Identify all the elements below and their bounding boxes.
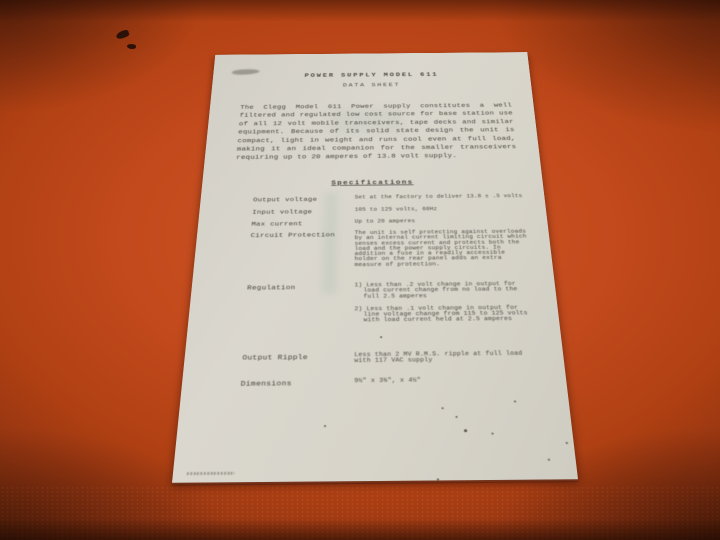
table-scuff-mark xyxy=(115,29,130,40)
spec-label: Input voltage xyxy=(252,208,355,216)
paper-speck xyxy=(464,429,467,431)
spec-value: 9½" x 3¾", x 4½" xyxy=(354,377,546,387)
footer-microprint xyxy=(187,472,235,475)
spec-label: Output Ripple xyxy=(242,353,354,366)
spec-row-output-voltage: Output voltage Set at the factory to del… xyxy=(253,194,526,203)
table-scuff-mark xyxy=(127,43,137,50)
spec-row-input-voltage: Input voltage 105 to 125 volts, 60Hz xyxy=(252,207,528,216)
spec-row-circuit-protection: Circuit Protection The unit is self prot… xyxy=(248,230,533,270)
paper-speck xyxy=(442,407,444,409)
table-surface-texture xyxy=(0,486,720,540)
regulation-item-2: 2) Less than .1 volt change in output fo… xyxy=(354,305,539,324)
spec-label: Max current xyxy=(251,220,354,228)
spec-label: Output voltage xyxy=(253,196,355,204)
paper-speck xyxy=(548,459,550,461)
paper-speck xyxy=(566,442,568,444)
document-content: POWER SUPPLY MODEL 611 DATA SHEET The Cl… xyxy=(172,52,578,483)
spec-value: The unit is self protecting against over… xyxy=(355,230,534,269)
spec-row-max-current: Max current Up to 20 amperes xyxy=(251,218,529,227)
spec-value: 1) Less than .2 volt change in output fo… xyxy=(354,282,539,325)
paper-speck xyxy=(492,433,494,435)
spec-label: Circuit Protection xyxy=(248,231,354,269)
spec-row-regulation: Regulation 1) Less than .2 volt change i… xyxy=(245,282,540,326)
regulation-item-1: 1) Less than .2 volt change in output fo… xyxy=(354,282,536,300)
paper-speck xyxy=(456,416,458,418)
spec-row-output-ripple: Output Ripple Less than 2 MV R.M.S. ripp… xyxy=(242,351,544,366)
intro-paragraph: The Clegg Model 611 Power supply constit… xyxy=(236,102,518,163)
spec-label: Regulation xyxy=(245,283,355,325)
spec-label: Dimensions xyxy=(240,379,354,389)
specifications-heading: Specifications xyxy=(202,178,543,188)
paper-speck xyxy=(380,336,381,337)
document-title: POWER SUPPLY MODEL 611 xyxy=(213,71,530,80)
paper-speck xyxy=(437,479,439,480)
spec-value: Less than 2 MV R.M.S. ripple at full loa… xyxy=(354,351,543,365)
document-paper: POWER SUPPLY MODEL 611 DATA SHEET The Cl… xyxy=(172,52,578,483)
spec-row-dimensions: Dimensions 9½" x 3¾", x 4½" xyxy=(240,377,546,388)
paper-speck xyxy=(514,401,516,403)
paper-speck xyxy=(324,425,326,427)
photo-of-document-on-table: POWER SUPPLY MODEL 611 DATA SHEET The Cl… xyxy=(0,0,720,540)
spec-value: Set at the factory to deliver 13.8 ± .5 … xyxy=(355,194,527,202)
title-block: POWER SUPPLY MODEL 611 DATA SHEET xyxy=(212,71,532,90)
spec-value: 105 to 125 volts, 60Hz xyxy=(355,207,528,215)
spec-value: Up to 20 amperes xyxy=(355,218,529,227)
document-subtitle: DATA SHEET xyxy=(212,81,532,90)
